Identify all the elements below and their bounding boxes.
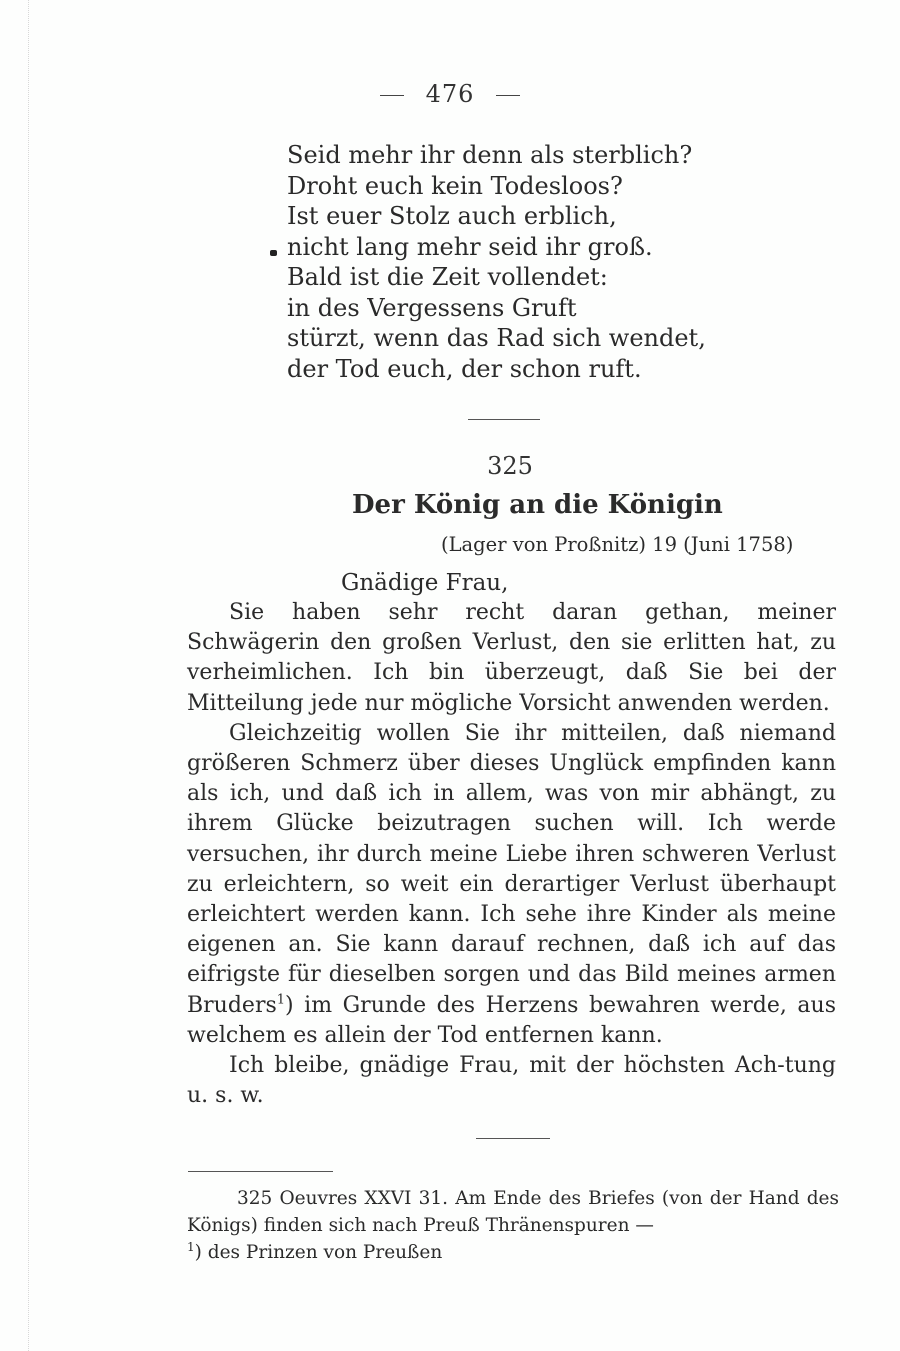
letter-salutation: Gnädige Frau, bbox=[341, 570, 508, 596]
poem-line: stürzt, wenn das Rad sich wendet, bbox=[287, 323, 706, 354]
poem-line: Droht euch kein Todesloos? bbox=[287, 171, 706, 202]
poem-line: Ist euer Stolz auch erblich, bbox=[287, 201, 706, 232]
letter-place-date: (Lager von Proßnitz) 19 (Juni 1758) bbox=[441, 533, 793, 556]
letter-paragraph: Ich bleibe, gnädige Frau, mit der höchst… bbox=[187, 1051, 836, 1111]
footnote-main: 325 Oeuvres XXVI 31. Am Ende des Briefes… bbox=[187, 1185, 839, 1239]
poem-line: Bald ist die Zeit vollendet: bbox=[287, 262, 706, 293]
letter-paragraph-text-tail: ) im Grunde des Herzens bewahren werde, … bbox=[187, 993, 836, 1048]
letter-paragraph: Gleichzeitig wollen Sie ihr mitteilen, d… bbox=[187, 719, 836, 1051]
section-divider bbox=[476, 1138, 550, 1139]
footnotes: 325 Oeuvres XXVI 31. Am Ende des Briefes… bbox=[187, 1185, 839, 1266]
page-number-dash-right bbox=[496, 95, 520, 96]
page-edge bbox=[28, 0, 30, 1351]
poem-stanza: Seid mehr ihr denn als sterblich? Droht … bbox=[287, 140, 706, 384]
letter-paragraph: Sie haben sehr recht daran gethan, meine… bbox=[187, 598, 836, 719]
page-number-dash-left bbox=[380, 95, 404, 96]
page-number: 476 bbox=[0, 80, 900, 108]
letter-body: Sie haben sehr recht daran gethan, meine… bbox=[187, 598, 836, 1111]
poem-line: Seid mehr ihr denn als sterblich? bbox=[287, 140, 706, 171]
page-number-value: 476 bbox=[426, 80, 475, 108]
footnote-reference[interactable]: 1 bbox=[277, 992, 285, 1007]
poem-line: nicht lang mehr seid ihr groß. bbox=[287, 232, 706, 263]
margin-ink-mark bbox=[270, 250, 277, 256]
poem-line: in des Vergessens Gruft bbox=[287, 293, 706, 324]
section-divider bbox=[468, 419, 540, 420]
footnote-1-text: ) des Prinzen von Preußen bbox=[195, 1242, 443, 1263]
footnote-1: 1) des Prinzen von Preußen bbox=[187, 1239, 839, 1266]
footnote-separator bbox=[188, 1171, 333, 1172]
letter-title: Der König an die Königin bbox=[352, 490, 723, 520]
letter-paragraph-text: Gleichzeitig wollen Sie ihr mitteilen, d… bbox=[187, 721, 836, 1018]
footnote-1-marker: 1 bbox=[187, 1240, 195, 1254]
letter-number: 325 bbox=[0, 452, 900, 480]
poem-line: der Tod euch, der schon ruft. bbox=[287, 354, 706, 385]
